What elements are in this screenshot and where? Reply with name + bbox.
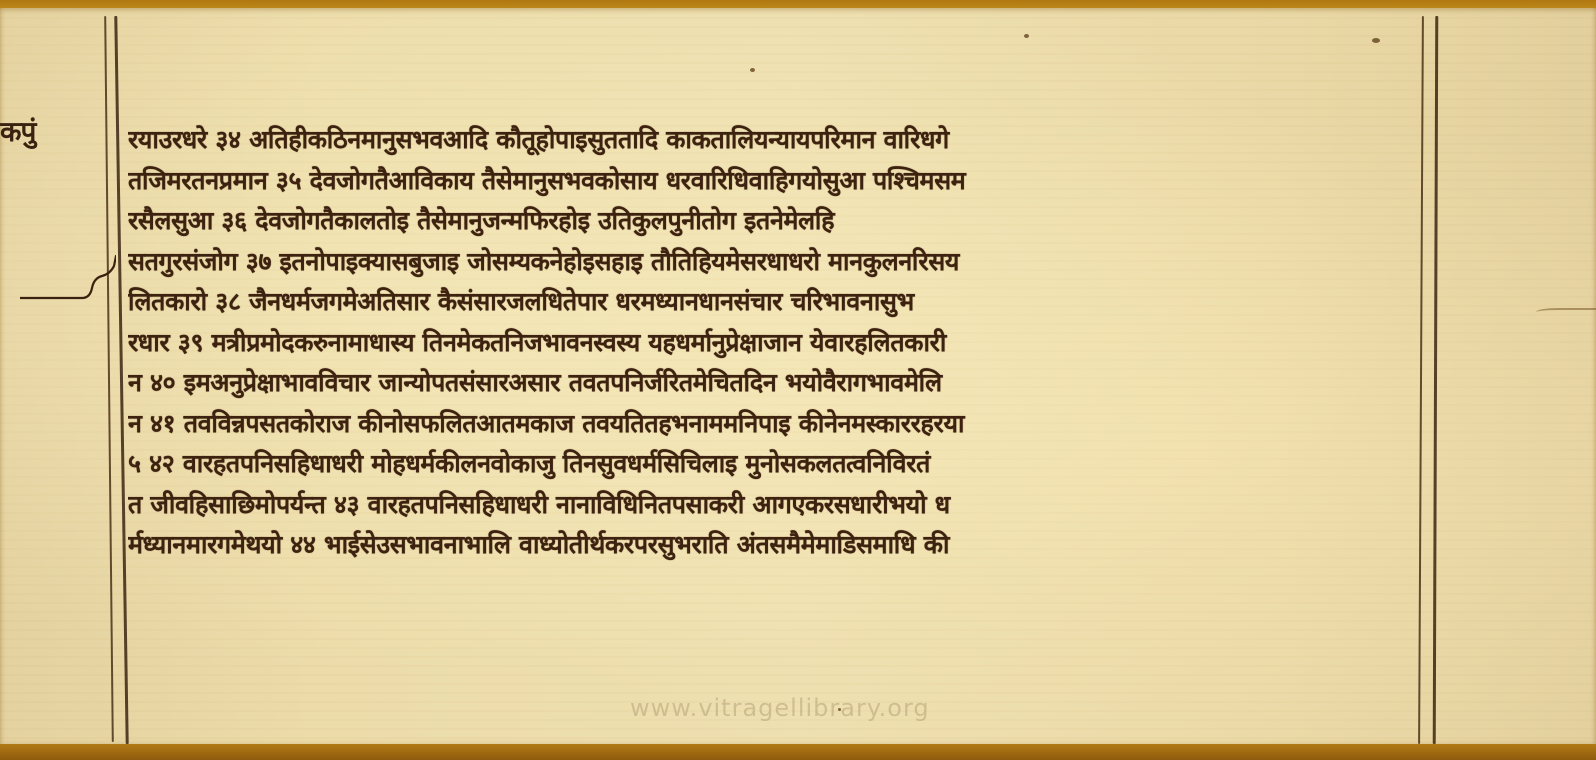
right-margin-rule-outer <box>1433 16 1439 744</box>
manuscript-line: न ४० इमअनुप्रेक्षाभावविचार जान्योपतसंसार… <box>128 363 1418 404</box>
manuscript-line: र्मध्यानमारगमेथयो ४४ भाईसेउसभावनाभालि वा… <box>128 525 1418 566</box>
ink-speck <box>1372 38 1380 43</box>
manuscript-folio: कपुं रयाउरधरे ३४ अतिहीकठिनमानुसभवआदि कौत… <box>0 8 1596 748</box>
margin-note: कपुं <box>0 112 35 150</box>
manuscript-line: ५ ४२ वारहतपनिसहिधाधरी मोहधर्मकीलनवोकाजु … <box>128 444 1418 485</box>
manuscript-text-block: रयाउरधरे ३४ अतिहीकठिनमानुसभवआदि कौतूहोपा… <box>128 120 1418 566</box>
ink-speck <box>750 68 755 72</box>
left-margin-rule-inner <box>114 16 128 744</box>
right-margin-rule-inner <box>1418 16 1424 744</box>
manuscript-line: सतगुरसंजोग ३७ इतनोपाइक्यासबुजाइ जोसम्यकन… <box>128 242 1418 283</box>
manuscript-line: रसैलसुआ ३६ देवजोगतैकालतोइ तैसेमानुजन्मफि… <box>128 201 1418 242</box>
ink-speck <box>1024 34 1029 38</box>
manuscript-line: तजिमरतनप्रमान ३५ देवजोगतैआविकाय तैसेमानु… <box>128 161 1418 202</box>
manuscript-line: रधार ३९ मत्रीप्रमोदकरुनामाधास्य तिनमेकतन… <box>128 323 1418 364</box>
manuscript-line: लितकारो ३८ जैनधर्मजगमेअतिसार कैसंसारजलधि… <box>128 282 1418 323</box>
background-bottom-edge <box>0 744 1596 760</box>
left-margin-rule-outer <box>104 16 114 742</box>
manuscript-line: न ४१ तवविन्नपसतकोराज कीनोसफलितआतमकाज तवय… <box>128 404 1418 445</box>
watermark-text: www.vitragellibrary.org <box>630 694 930 722</box>
manuscript-line: त जीवहिसाछिमोपर्यन्त ४३ वारहतपनिसहिधाधरी… <box>128 485 1418 526</box>
paper-torn-edge <box>1536 308 1596 318</box>
manuscript-line: रयाउरधरे ३४ अतिहीकठिनमानुसभवआदि कौतूहोपा… <box>128 120 1418 161</box>
margin-squiggle-mark <box>20 248 116 312</box>
